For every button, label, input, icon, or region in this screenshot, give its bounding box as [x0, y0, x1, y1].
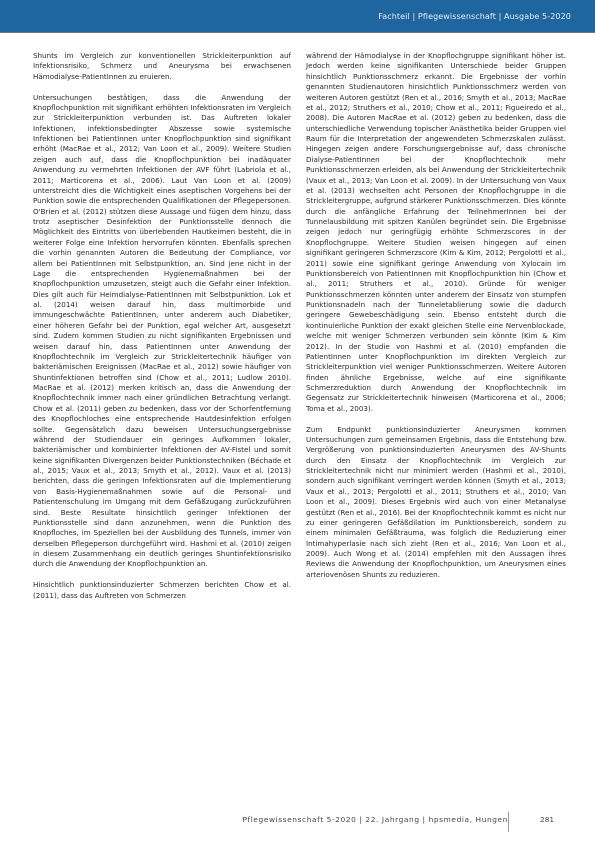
footer-journal-info: Pflegewissenschaft 5-2020 | 22. Jahrgang… — [242, 815, 508, 824]
page-footer: Pflegewissenschaft 5-2020 | 22. Jahrgang… — [0, 812, 595, 832]
footer-divider — [508, 812, 509, 832]
page-header: Fachteil | Pflegewissenschaft | Ausgabe … — [0, 0, 595, 33]
paragraph: Zum Endpunkt punktionsinduzierter Aneury… — [306, 425, 566, 581]
paragraph: Hinsichtlich punktionsinduzierter Schmer… — [33, 580, 291, 601]
paragraph: Untersuchungen bestätigen, dass die Anwe… — [33, 93, 291, 570]
right-column: während der Hämodialyse in der Knopfloch… — [306, 51, 566, 580]
paragraph: während der Hämodialyse in der Knopfloch… — [306, 51, 566, 414]
left-column: Shunts im Vergleich zur konventionellen … — [33, 51, 291, 601]
header-title: Fachteil | Pflegewissenschaft | Ausgabe … — [378, 12, 571, 21]
page-number: 281 — [540, 815, 554, 824]
paragraph: Shunts im Vergleich zur konventionellen … — [33, 51, 291, 82]
